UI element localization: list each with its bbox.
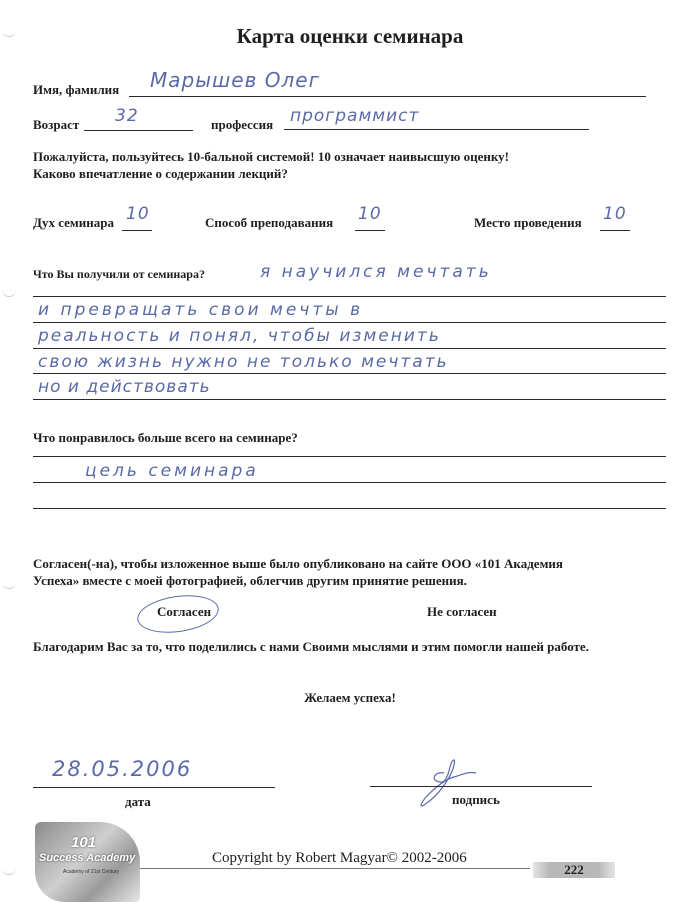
success-academy-logo: 101 Success Academy Academy of 21st Cent…: [35, 822, 140, 902]
profession-underline: [284, 129, 589, 130]
rating-label-teaching: Способ преподавания: [205, 215, 333, 231]
answer-rule: [33, 322, 666, 323]
scan-mark: [2, 290, 16, 297]
consent-text-line-2: Успеха» вместе с моей фотографией, облег…: [33, 573, 467, 589]
answer-rule: [33, 348, 666, 349]
consent-text-line-1: Согласен(-на), чтобы изложенное выше был…: [33, 556, 563, 572]
copyright-text: Copyright by Robert Magyar© 2002-2006: [212, 850, 467, 867]
signature-label: подпись: [452, 792, 500, 808]
thanks-text: Благодарим Вас за то, что поделились с н…: [33, 639, 589, 655]
answer-gained-line-4[interactable]: свою жизнь нужно не только мечтать: [38, 352, 449, 372]
instructions-line-1: Пожалуйста, пользуйтесь 10-бальной систе…: [33, 149, 509, 165]
agree-option[interactable]: Согласен: [157, 604, 211, 620]
logo-number: 101: [71, 834, 96, 851]
page-number: 222: [533, 862, 615, 878]
name-label: Имя, фамилия: [33, 82, 119, 98]
rating-field-spirit[interactable]: 10: [126, 204, 150, 224]
question-liked-label: Что понравилось больше всего на семинаре…: [33, 430, 298, 446]
rating-label-spirit: Дух семинара: [33, 215, 114, 231]
age-label: Возраст: [33, 117, 79, 133]
rating-field-venue[interactable]: 10: [603, 204, 627, 224]
question-gained-label: Что Вы получили от семинара?: [33, 267, 205, 282]
answer-rule: [33, 296, 666, 297]
form-title: Карта оценки семинара: [0, 24, 700, 49]
logo-name: Success Academy: [39, 852, 135, 864]
answer-rule: [33, 399, 666, 400]
answer-rule: [33, 456, 666, 457]
profession-field[interactable]: программист: [290, 106, 419, 126]
answer-gained-line-5[interactable]: но и действовать: [38, 377, 211, 397]
answer-rule: [33, 508, 666, 509]
scan-mark: [2, 582, 16, 589]
name-field[interactable]: Марышев Олег: [150, 68, 320, 92]
answer-gained-line-2[interactable]: и превращать свои мечты в: [38, 300, 363, 320]
disagree-option[interactable]: Не согласен: [427, 604, 497, 620]
date-field[interactable]: 28.05.2006: [52, 757, 192, 781]
date-label: дата: [125, 794, 151, 810]
rating-underline: [122, 230, 152, 231]
profession-label: профессия: [211, 117, 273, 133]
instructions-line-2: Каково впечатление о содержании лекций?: [33, 166, 288, 182]
rating-label-venue: Место проведения: [474, 215, 582, 231]
age-underline: [84, 130, 193, 131]
name-underline: [129, 96, 646, 97]
answer-rule: [33, 373, 666, 374]
footer-rule: [140, 868, 530, 869]
rating-field-teaching[interactable]: 10: [358, 204, 382, 224]
signature-underline: [370, 786, 592, 787]
answer-gained-line-3[interactable]: реальность и понял, чтобы изменить: [38, 326, 441, 346]
answer-gained-line-1[interactable]: я научился мечтать: [260, 262, 492, 282]
age-field[interactable]: 32: [115, 106, 139, 126]
answer-liked-line-1[interactable]: цель семинара: [85, 461, 259, 481]
answer-rule: [33, 482, 666, 483]
logo-tagline: Academy of 21st Century: [63, 869, 119, 875]
scan-mark: [2, 868, 16, 875]
date-underline: [33, 787, 275, 788]
rating-underline: [600, 230, 630, 231]
rating-underline: [355, 230, 385, 231]
wish-text: Желаем успеха!: [0, 690, 700, 706]
